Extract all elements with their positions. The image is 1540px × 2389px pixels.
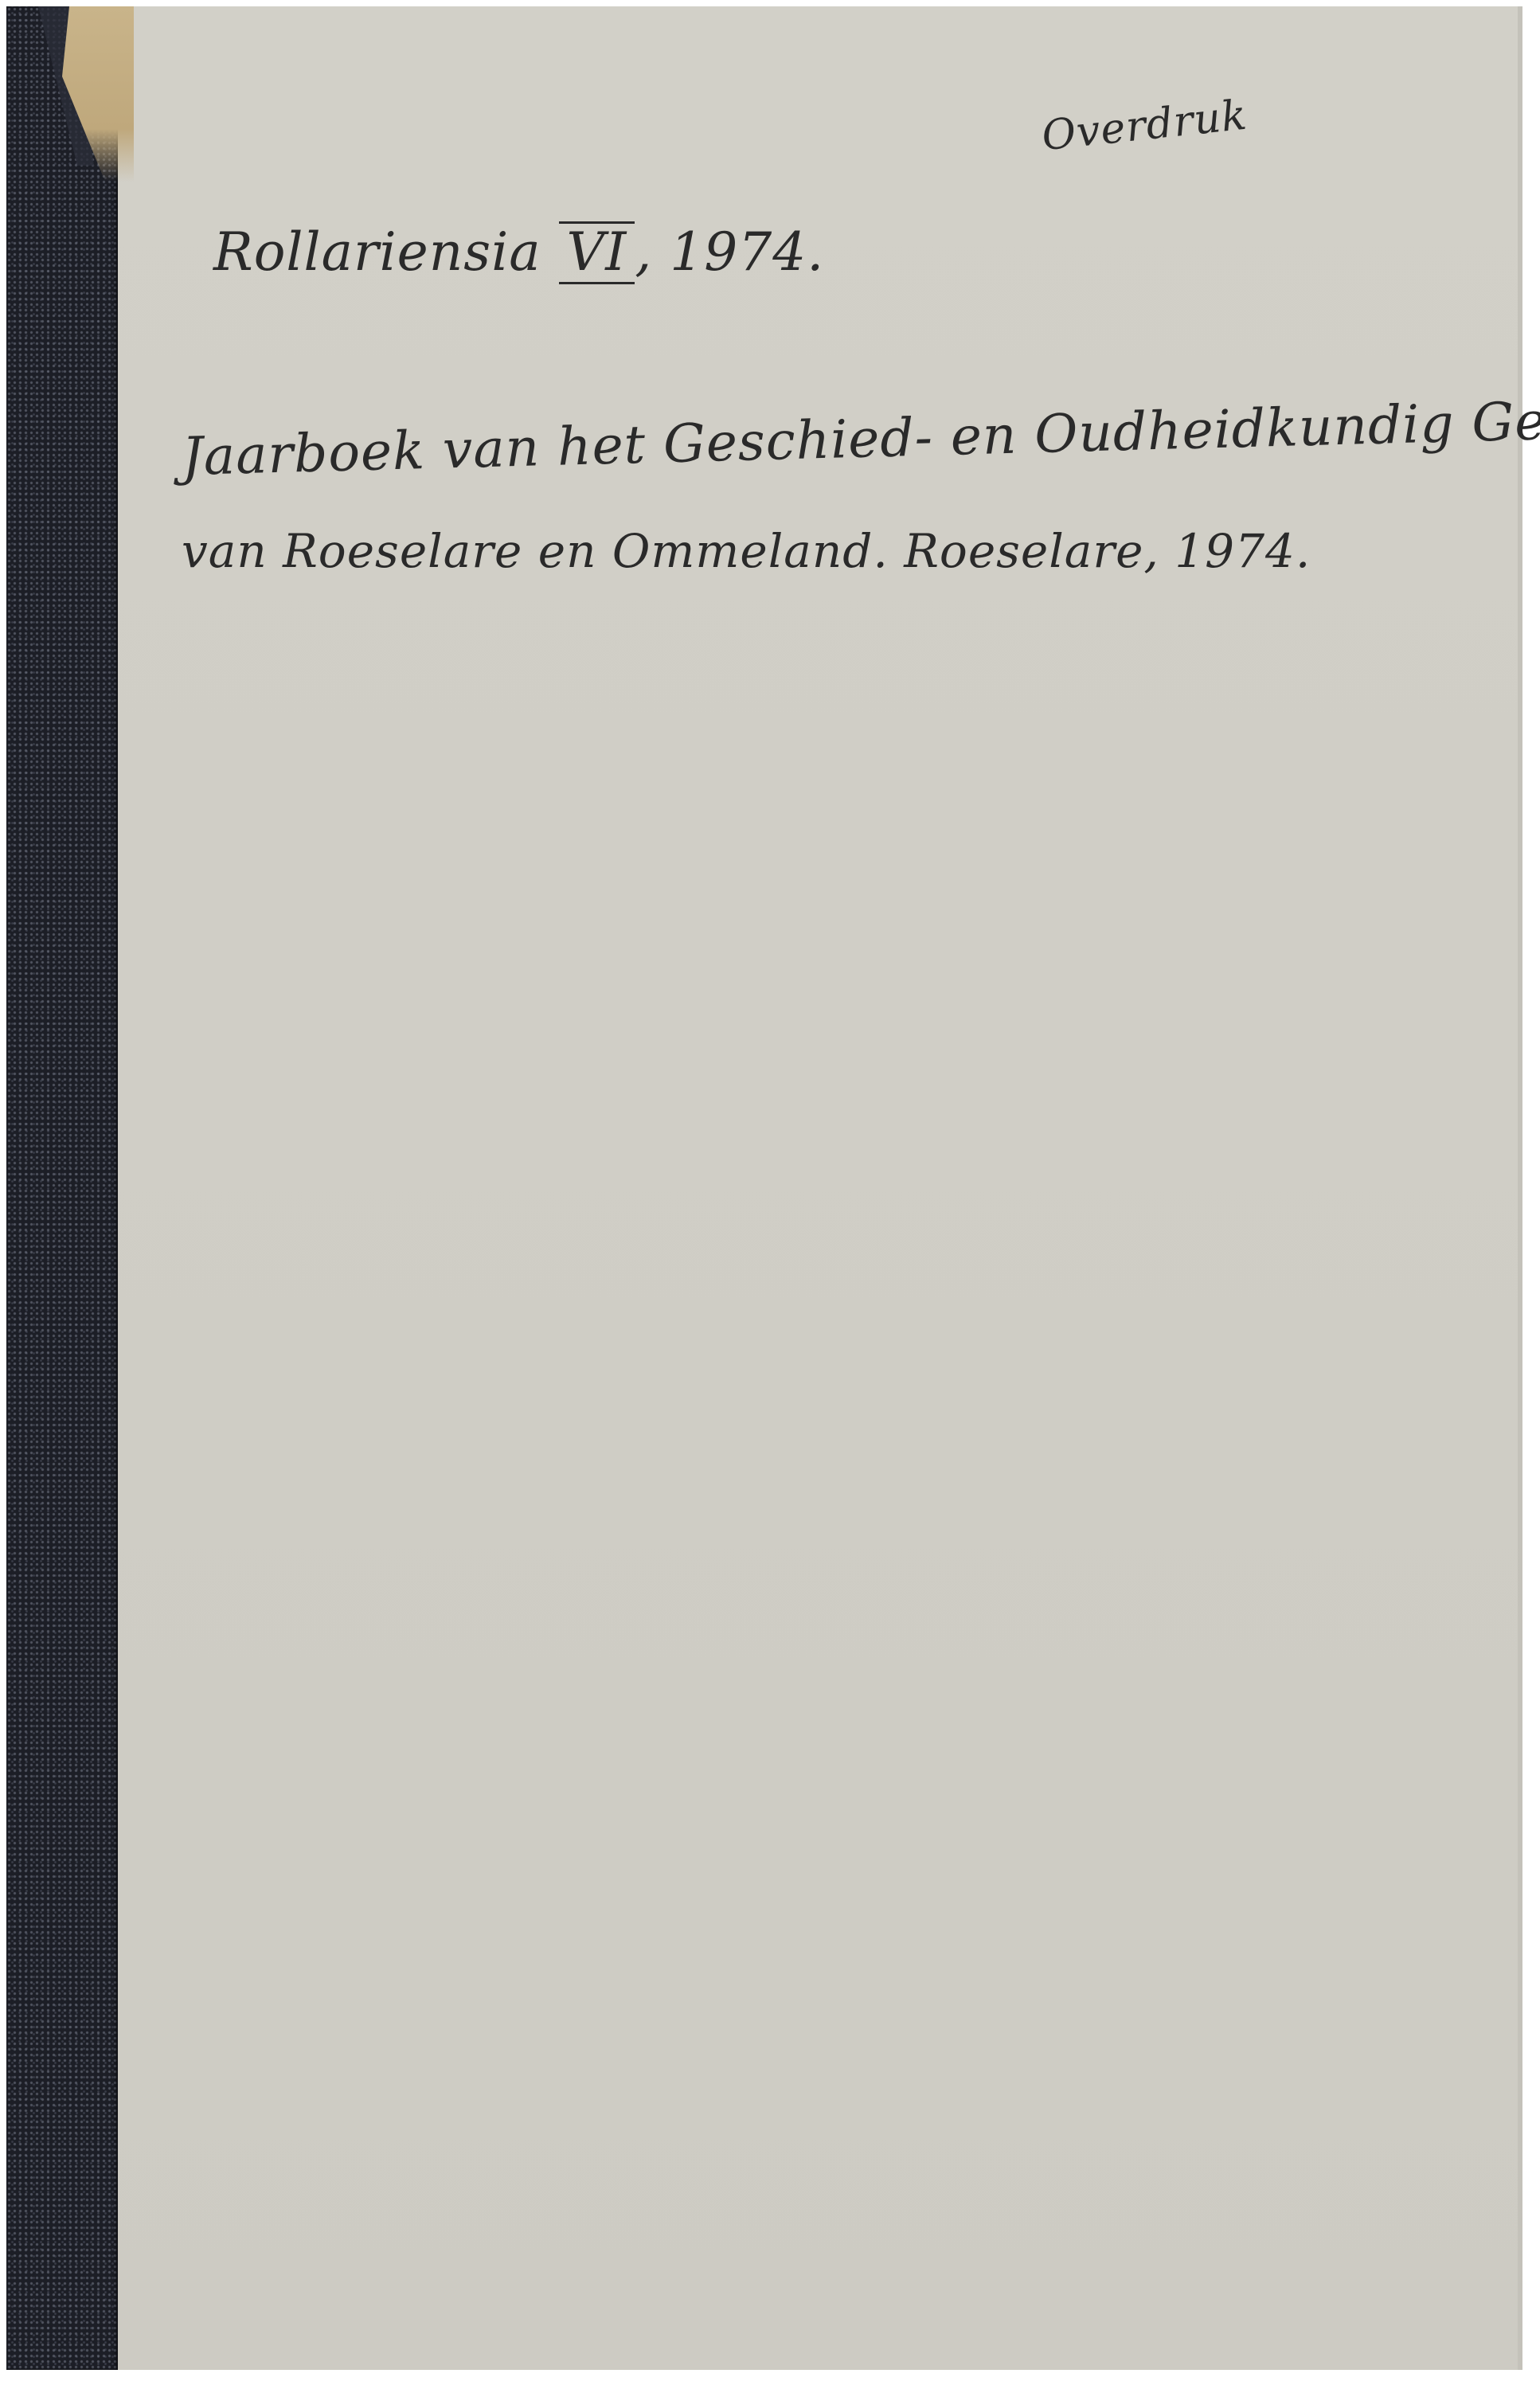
handwritten-description-line-2: van Roeselare en Ommeland. Roeselare, 19… — [182, 524, 1311, 578]
book-page: Overdruk Rollariensia VI, 1974. Jaarboek… — [6, 6, 1522, 2370]
series-name: Rollariensia — [213, 221, 541, 283]
handwritten-title-line: Rollariensia VI, 1974. — [213, 221, 824, 284]
volume-number: VI — [559, 221, 635, 284]
title-year: 1974. — [670, 221, 824, 283]
title-separator: , — [635, 221, 652, 283]
paper-leaf — [118, 6, 1522, 2370]
paper-edge — [1518, 6, 1522, 2370]
book-spine — [6, 6, 118, 2370]
